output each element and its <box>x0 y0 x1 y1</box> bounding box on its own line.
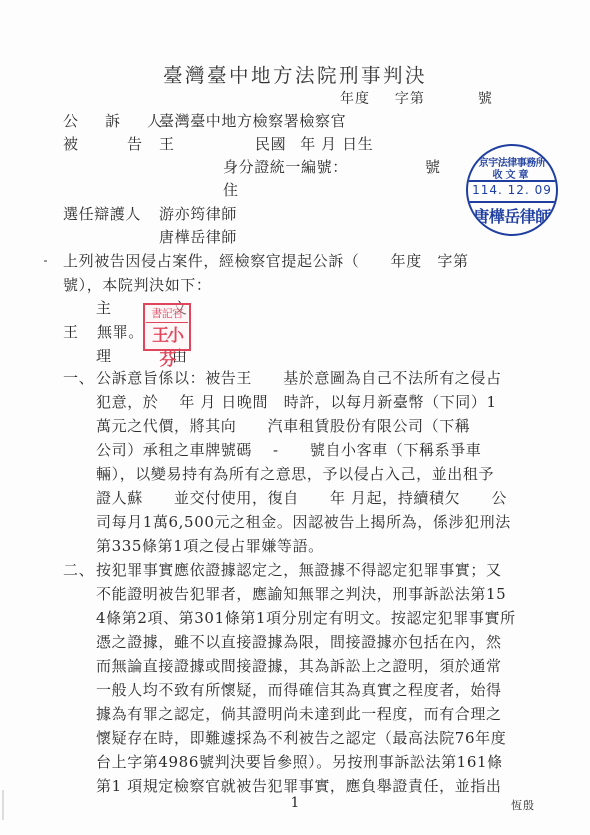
section-line: 據為有罪之認定，倘其證明尚未達到此一程度，而有合理之 <box>96 704 502 725</box>
receipt-stamp-date: 114. 12. 09 <box>468 183 556 197</box>
receipt-stamp: 京宇法律事務所 收文章 114. 12. 09 唐樺岳律師 <box>466 144 558 236</box>
preamble-line: 上列被告因侵占案件，經檢察官提起公訴（ 年度 字第 <box>63 251 469 272</box>
section-line: 懷疑存在時，即難遽採為不利被告之認定（最高法院76年度 <box>96 728 506 749</box>
case-number-suffix: 號 <box>478 88 493 108</box>
preamble-line: 號），本院判決如下： <box>63 275 212 296</box>
party-defendant: 被 告王民國年 月 日生 <box>63 134 373 155</box>
party-prosecutor: 公 訴 人臺灣臺中地方檢察署檢察官 <box>63 111 346 132</box>
receipt-stamp-name: 唐樺岳律師 <box>468 204 556 227</box>
clerk-seal-name: 王小芬 <box>145 324 189 372</box>
party-label: 公 訴 人 <box>63 111 159 132</box>
section-line: 證人蘇 並交付使用，復自 年 月起，持續積欠 公 <box>96 488 507 509</box>
document-title: 臺灣臺中地方法院刑事判決 <box>0 60 590 88</box>
party-defender-2: 唐樺岳律師 <box>159 227 237 248</box>
receipt-stamp-label: 收文章 <box>468 166 556 181</box>
clerk-seal: 書記官 王小芬 <box>143 303 191 351</box>
section-marker: 二、 <box>63 560 94 581</box>
defendant-name: 王 <box>159 134 255 155</box>
defendant-name: 王 <box>63 322 97 343</box>
scan-mark <box>2 790 4 820</box>
section-line: 第335條第1項之侵占罪嫌等語。 <box>96 536 324 557</box>
section-line: 公司）承租之車牌號碼 - 號自小客車（下稱系爭車 <box>96 440 481 461</box>
judgment-page: 臺灣臺中地方法院刑事判決 年度 字第 號 公 訴 人臺灣臺中地方檢察署檢察官 被… <box>0 0 590 835</box>
party-value: 臺灣臺中地方檢察署檢察官 <box>159 112 346 130</box>
section-line: 公訴意旨係以：被告王 基於意圖為自己不法所有之侵占 <box>96 368 502 389</box>
party-label: 被 告 <box>63 134 159 155</box>
section-line: 憑之證據，雖不以直接證據為限，間接證據亦包括在內，然 <box>96 632 502 653</box>
dob-prefix: 民國 <box>255 135 286 153</box>
scan-mark <box>44 260 47 262</box>
case-year: 年度 <box>340 88 370 108</box>
party-label: 選任辯護人 <box>63 204 159 225</box>
party-id-number: 身分證統一編號： <box>223 157 348 178</box>
section-line: 一般人均不致有所懷疑，而得確信其為真實之程度者，始得 <box>96 680 502 701</box>
section-line: 萬元之代價，將其向 汽車租賃股份有限公司（下稱 <box>96 416 470 437</box>
main-verdict: 王無罪。 <box>63 322 144 343</box>
party-address: 住 <box>223 180 239 201</box>
section-line: 按犯罪事實應依證據認定之，無證據不得認定犯罪事實；又 <box>96 560 502 581</box>
section-line: 司每月1萬6,500元之租金。因認被告上揭所為，係涉犯刑法 <box>96 512 511 533</box>
dob: 年 月 日生 <box>300 135 373 153</box>
stamp-divider <box>468 180 556 182</box>
section-line: 台上字第4986號判決要旨參照）。另按刑事訴訟法第161條 <box>96 752 503 773</box>
section-line: 輛），以變易持有為所有之意思，予以侵占入己，並出租予 <box>96 464 494 485</box>
footer-code: 恆殷 <box>511 797 535 813</box>
section-line: 4條第2項、第301條第1項分別定有明文。按認定犯罪事實所 <box>96 608 516 629</box>
id-suffix: 號 <box>425 157 441 178</box>
section-line: 第1 項規定檢察官就被告犯罪事實，應負舉證責任，並指出 <box>96 776 502 797</box>
stamp-divider <box>468 201 556 203</box>
page-number: 1 <box>0 795 590 811</box>
clerk-seal-title: 書記官 <box>146 306 188 323</box>
section-line: 而無論直接證據或間接證據，其為訴訟上之證明，須於通常 <box>96 656 502 677</box>
section-line: 不能證明被告犯罪者，應諭知無罪之判決，刑事訴訟法第15 <box>96 584 506 605</box>
case-char: 字第 <box>395 88 425 108</box>
case-number: 年度 字第 號 <box>340 88 493 108</box>
verdict-text: 無罪。 <box>97 323 144 341</box>
party-value: 游亦筠律師 <box>159 205 237 223</box>
section-marker: 一、 <box>63 368 94 389</box>
section-line: 犯意，於 年 月 日晚間 時許，以每月新臺幣（下同）1 <box>96 392 497 413</box>
party-defender-1: 選任辯護人游亦筠律師 <box>63 204 237 225</box>
id-label: 身分證統一編號： <box>223 158 348 176</box>
